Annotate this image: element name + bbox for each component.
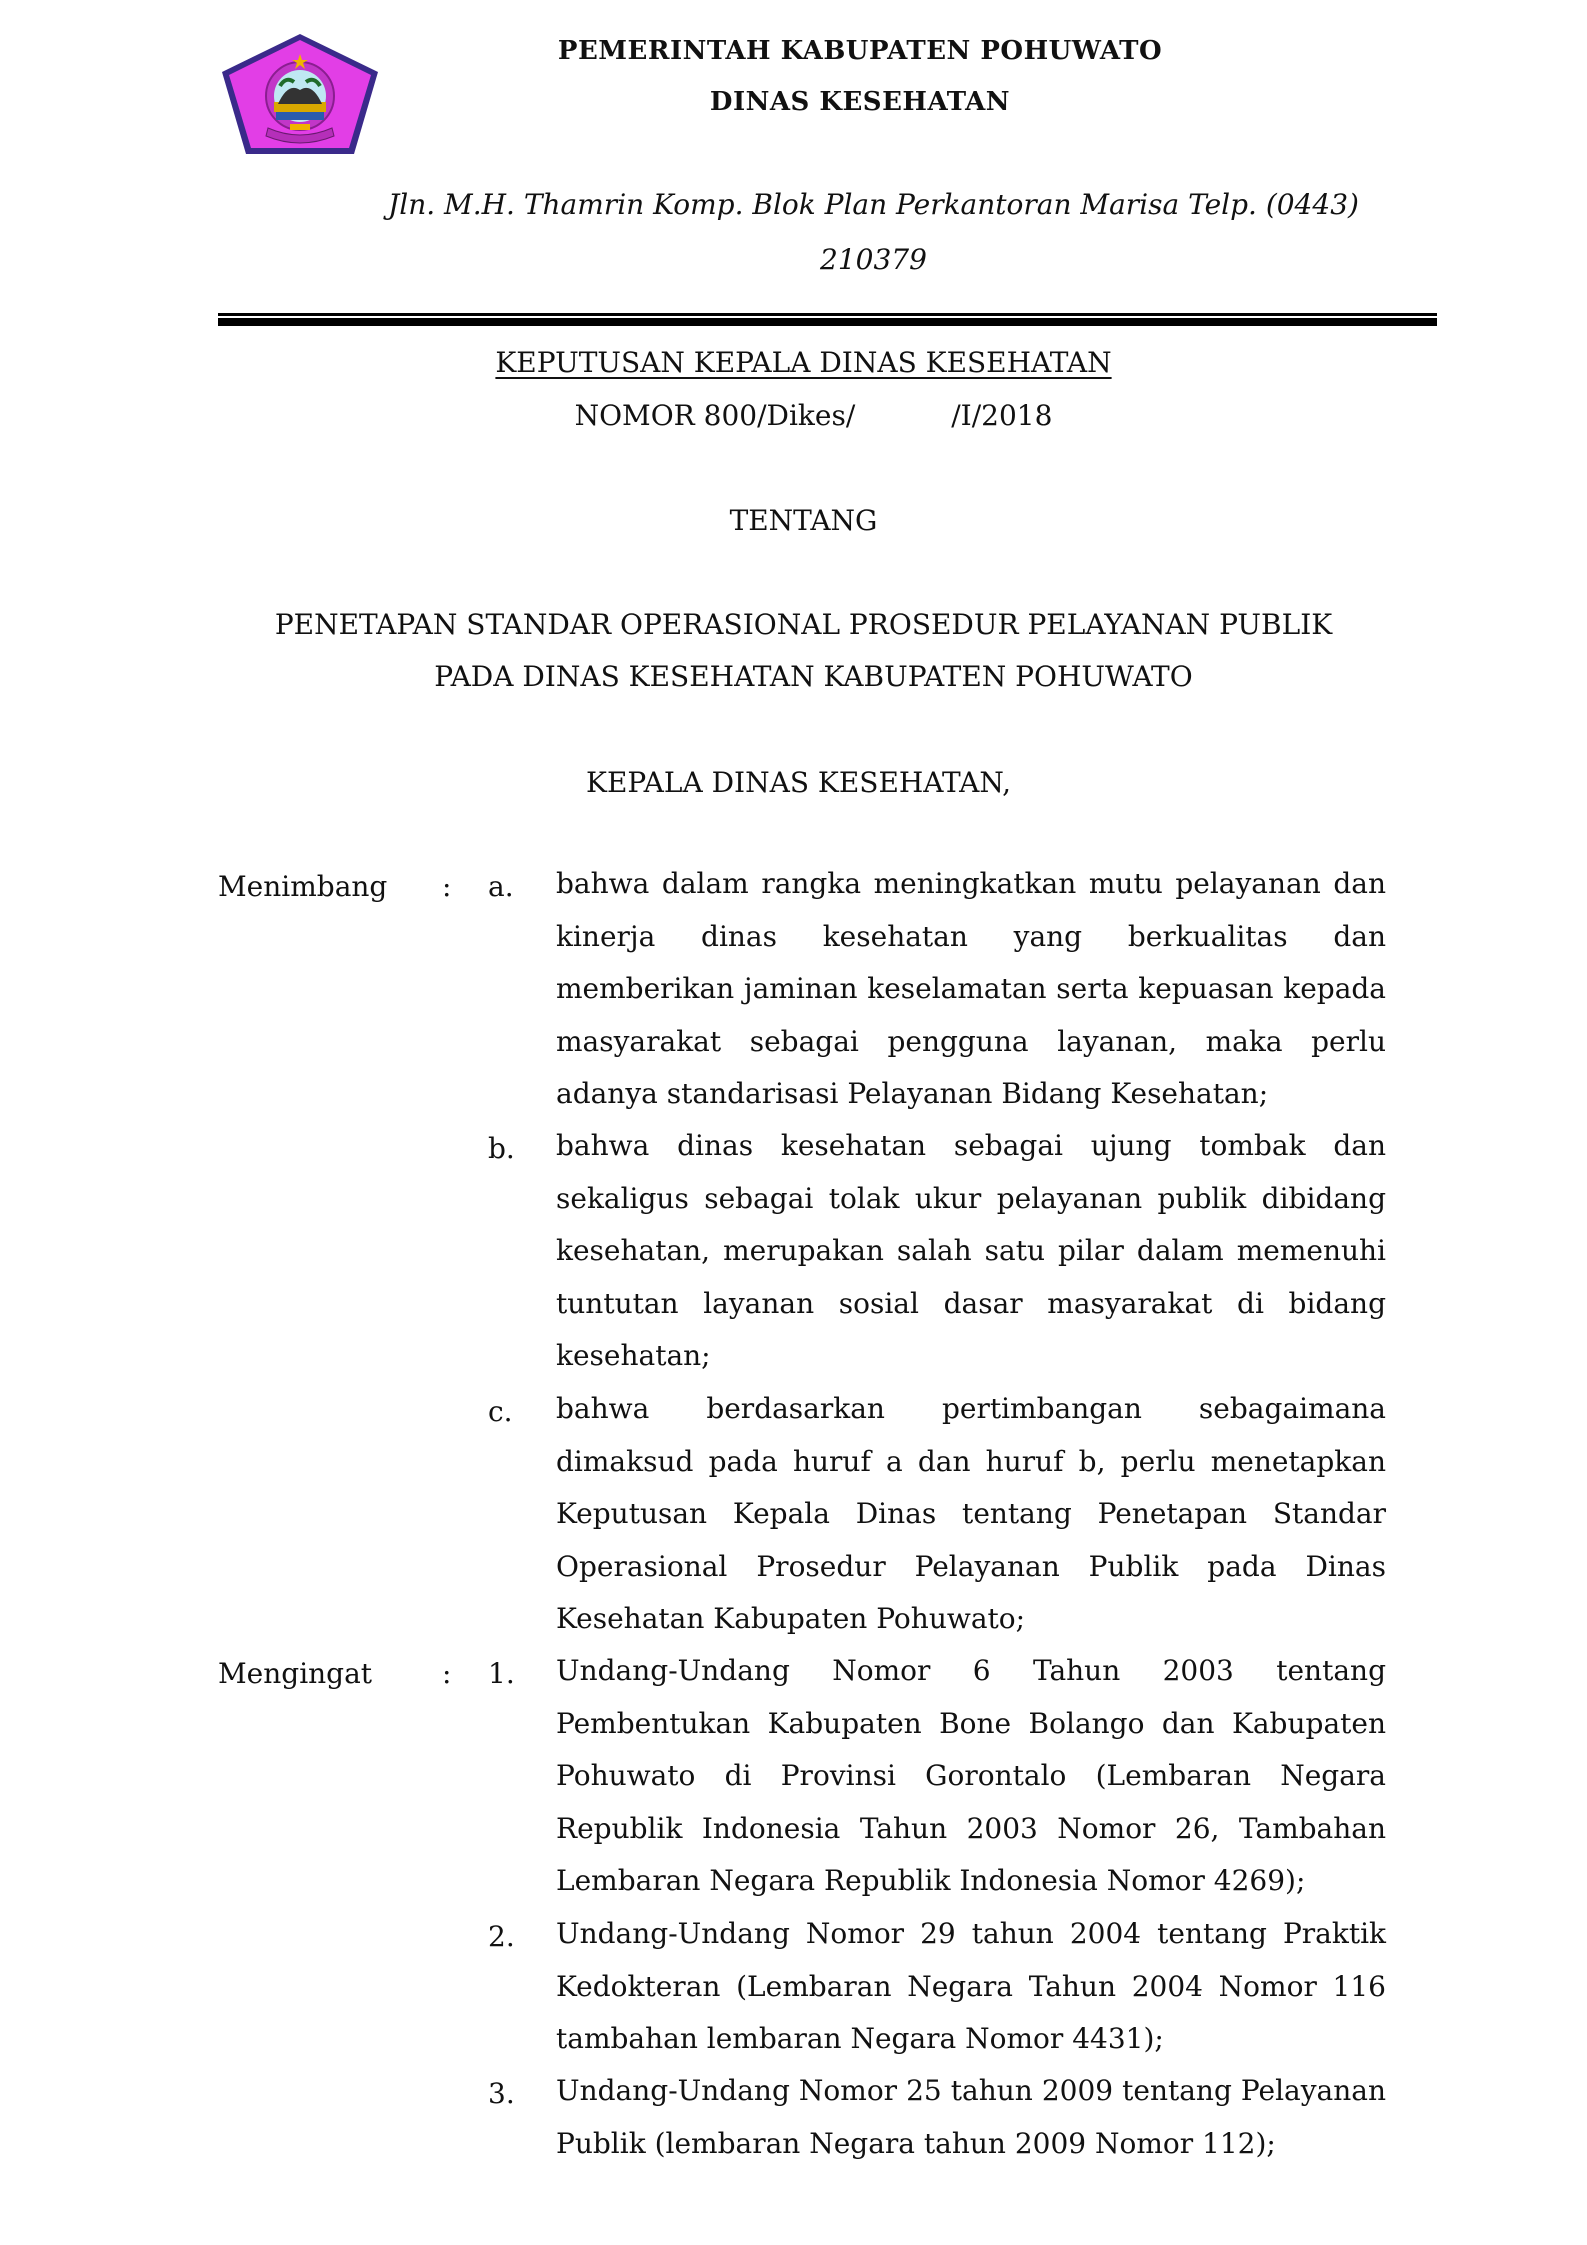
considering-item-a: bahwa dalam rangka meningkatkan mutu pel… — [556, 858, 1386, 1121]
decree-title: KEPUTUSAN KEPALA DINAS KESEHATAN — [0, 346, 1587, 379]
considering-colon: : — [442, 870, 451, 903]
recalling-marker-3: 3. — [488, 2077, 515, 2110]
recalling-item-1: Undang-Undang Nomor 6 Tahun 2003 tentang… — [556, 1645, 1386, 1908]
considering-marker-c: c. — [488, 1395, 513, 1428]
recalling-marker-2: 2. — [488, 1920, 515, 1953]
recalling-item-2: Undang-Undang Nomor 29 tahun 2004 tentan… — [556, 1908, 1386, 2066]
considering-item-c: bahwa berdasarkan pertimbangan sebagaima… — [556, 1383, 1386, 1646]
subject-line-1: PENETAPAN STANDAR OPERASIONAL PROSEDUR P… — [0, 608, 1587, 641]
recalling-item-3: Undang-Undang Nomor 25 tahun 2009 tentan… — [556, 2065, 1386, 2170]
subject-line-2: PADA DINAS KESEHATAN KABUPATEN POHUWATO — [0, 660, 1587, 693]
letterhead-rule-thick — [218, 318, 1437, 326]
considering-label: Menimbang — [218, 870, 387, 903]
document-page: PEMERINTAH KABUPATEN POHUWATO DINAS KESE… — [0, 0, 1587, 2245]
recalling-marker-1: 1. — [488, 1657, 515, 1690]
decree-number: NOMOR 800/Dikes//I/2018 — [0, 399, 1587, 432]
issuer: KEPALA DINAS KESEHATAN, — [0, 766, 1587, 799]
government-name: PEMERINTAH KABUPATEN POHUWATO — [120, 36, 1587, 66]
address-line-1: Jln. M.H. Thamrin Komp. Blok Plan Perkan… — [0, 188, 1587, 221]
agency-name: DINAS KESEHATAN — [120, 87, 1587, 117]
about-label: TENTANG — [0, 504, 1587, 537]
recalling-label: Mengingat — [218, 1657, 372, 1690]
considering-marker-b: b. — [488, 1132, 515, 1165]
considering-marker-a: a. — [488, 870, 514, 903]
considering-item-b: bahwa dinas kesehatan sebagai ujung tomb… — [556, 1120, 1386, 1383]
recalling-colon: : — [442, 1657, 451, 1690]
letterhead-rule-thin — [218, 313, 1437, 316]
address-line-2: 210379 — [0, 243, 1587, 276]
